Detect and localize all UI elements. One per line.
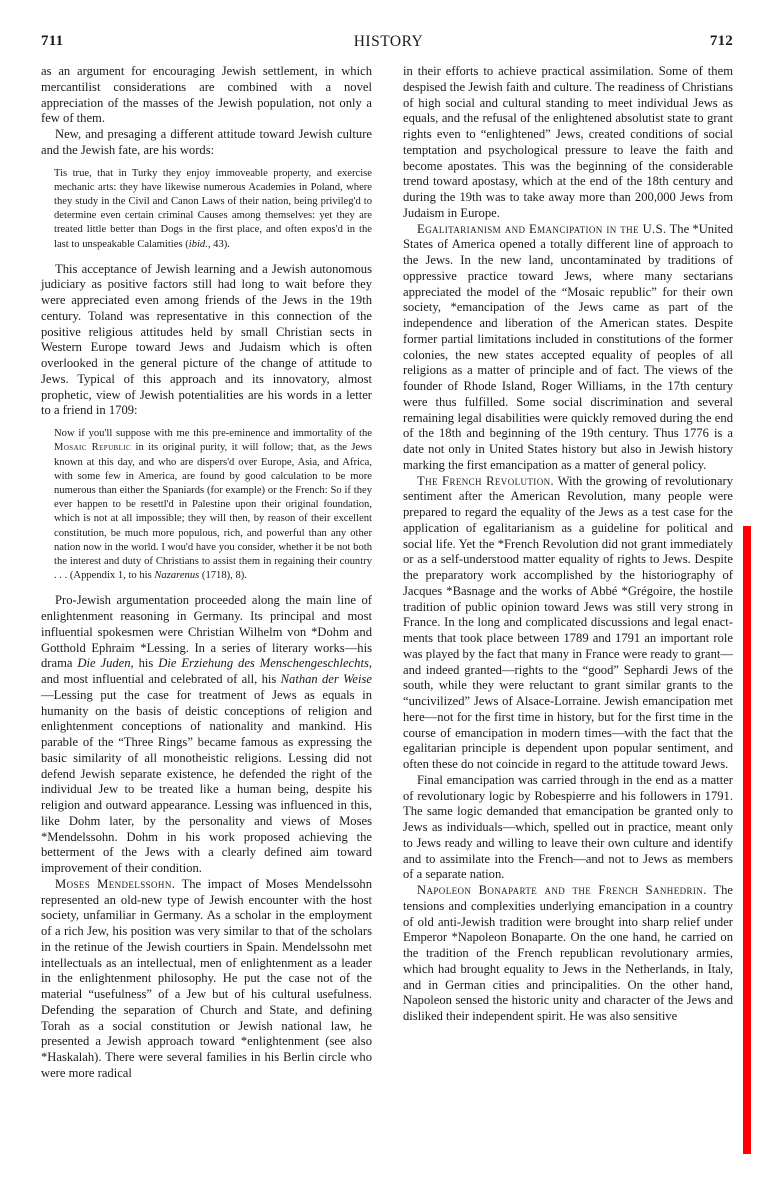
- block-quote: Tis true, that in Turky they enjoy immov…: [54, 167, 372, 252]
- left-column: as an argument for encouraging Jewish se…: [41, 64, 372, 1082]
- text: The tensions and complexities underlying…: [403, 883, 733, 1023]
- book-title: Die Erziehung des Menschengeschlechts,: [158, 656, 372, 670]
- paragraph: The French Revolution. With the growing …: [403, 474, 733, 773]
- paragraph: Egalitarianism and Emancipation in the U…: [403, 222, 733, 474]
- paragraph: Napoleon Bonaparte and the French Sanhed…: [403, 883, 733, 1025]
- paragraph: in their efforts to achieve practical as…: [403, 64, 733, 222]
- small-caps-term: Mosaic Republic: [54, 442, 131, 453]
- right-column: in their efforts to achieve practical as…: [403, 64, 733, 1025]
- paragraph: Moses Mendelssohn. The impact of Moses M…: [41, 877, 372, 1082]
- running-header-title: HISTORY: [0, 33, 777, 51]
- paragraph: Final emancipation was carried through i…: [403, 773, 733, 883]
- section-heading: The French Revolution.: [417, 474, 554, 488]
- text: his: [134, 656, 159, 670]
- text: The impact of Moses Mendels­sohn represe…: [41, 877, 372, 1080]
- quote-citation-end: 43).: [211, 239, 230, 250]
- book-title: Nazarenus: [154, 570, 199, 581]
- quote-text: Now if you'll suppose with me this pre-e…: [54, 428, 372, 439]
- book-title: Nathan der Weise: [281, 672, 372, 686]
- text: —Lessing put the case for treatment of J…: [41, 688, 372, 875]
- red-highlight-marker: [743, 526, 751, 1154]
- text: With the growing of revolutionary sentim…: [403, 474, 733, 772]
- section-heading: Napoleon Bonaparte and the French Sanhed…: [417, 883, 707, 897]
- section-heading: Egalitarianism and Emancipation in the U…: [417, 222, 667, 236]
- quote-citation-end: (1718), 8).: [199, 570, 247, 581]
- block-quote: Now if you'll suppose with me this pre-e…: [54, 427, 372, 583]
- section-heading: Moses Mendelssohn.: [55, 877, 175, 891]
- text: and most influential and celebrated of a…: [41, 672, 281, 686]
- quote-text: Tis true, that in Turky they enjoy immov…: [54, 168, 372, 250]
- paragraph: New, and presaging a different attitude …: [41, 127, 372, 159]
- quote-text: in its original purity, it will follow; …: [54, 442, 372, 581]
- book-title: Die Juden,: [77, 656, 133, 670]
- text: The *United States of America opened a t…: [403, 222, 733, 472]
- paragraph: Pro-Jewish argumentation proceeded along…: [41, 593, 372, 877]
- quote-citation: ibid.,: [189, 239, 211, 250]
- paragraph: as an argument for encouraging Jewish se…: [41, 64, 372, 127]
- page-number-right: 712: [710, 33, 733, 50]
- paragraph: This acceptance of Jewish learning and a…: [41, 262, 372, 420]
